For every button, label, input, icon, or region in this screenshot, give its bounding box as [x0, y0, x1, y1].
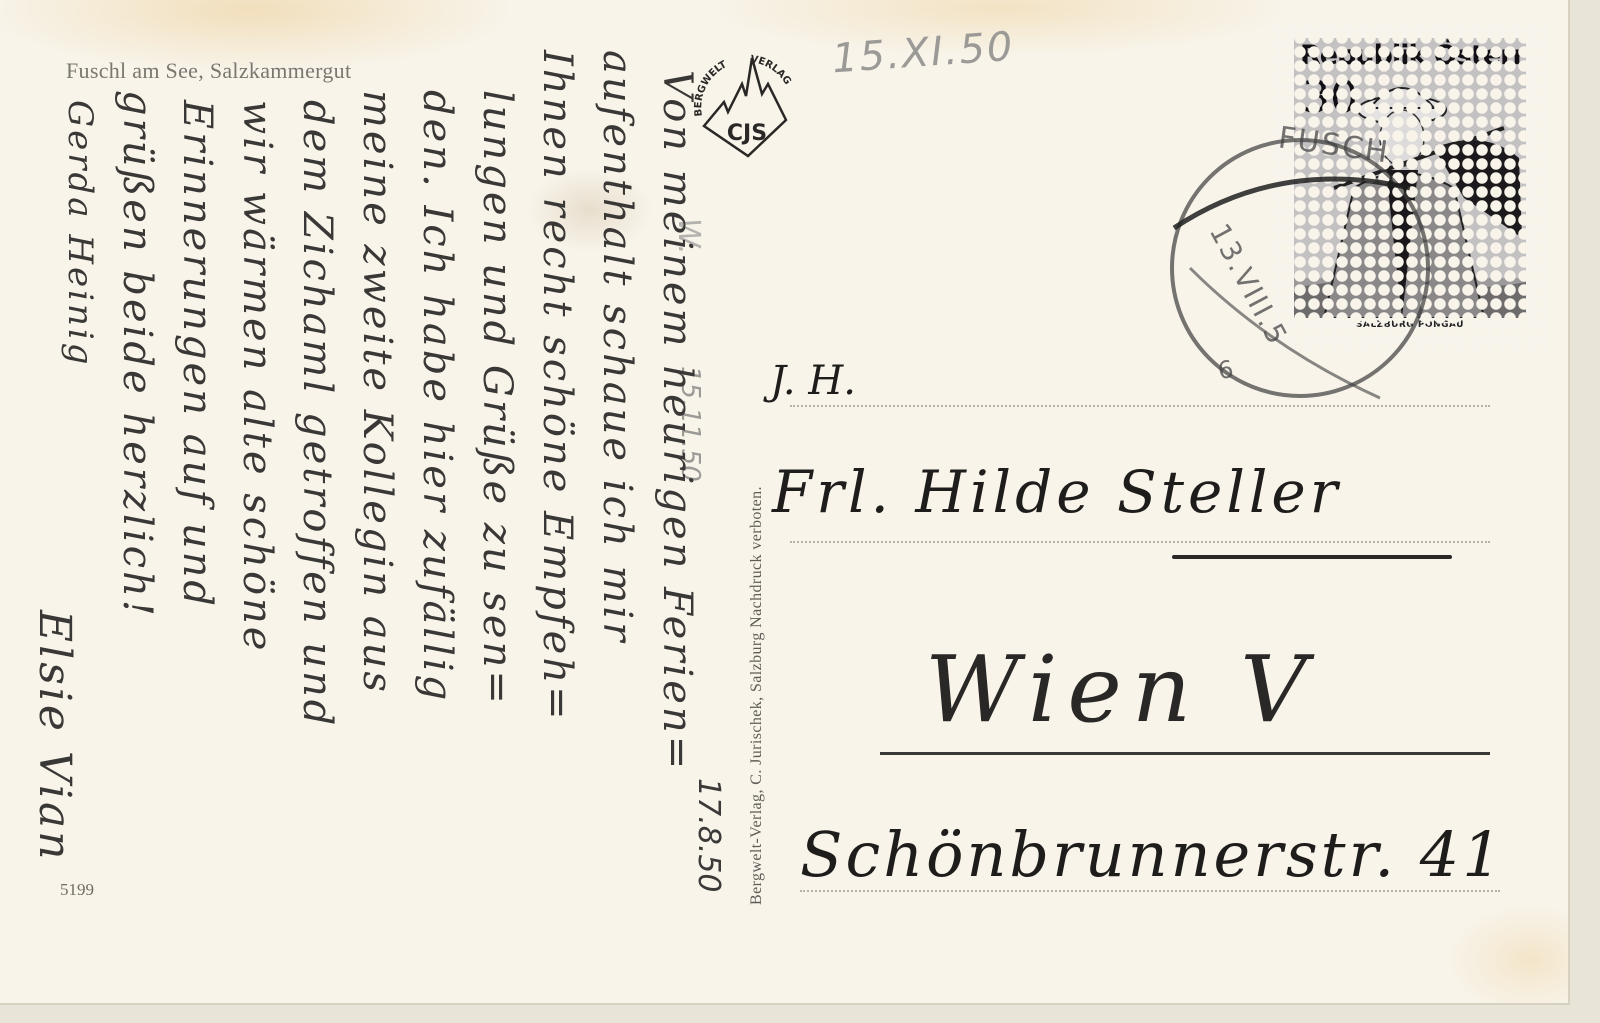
stamp-country: Republik Österreich — [1300, 40, 1526, 71]
address-street: Schönbrunnerstr. 41 — [800, 818, 1505, 891]
message-line: Gerda Heinig — [60, 100, 100, 368]
name-underline — [1172, 555, 1452, 559]
handwritten-message: Von meinem heurigen Ferien= aufenthalt s… — [0, 0, 760, 1003]
postmark-code: 6 — [1216, 355, 1236, 385]
postcard-back: Fuschl am See, Salzkammergut 5199 Bergwe… — [0, 0, 1570, 1005]
message-signature: Elsie Vian — [29, 610, 80, 863]
message-line: wir wärmen alte schöne — [234, 100, 280, 653]
message-line: Von meinem heurigen Ferien= — [654, 70, 700, 772]
pencil-date-top: 15.XI.50 — [831, 24, 1016, 83]
message-line: dem Zichaml getroffen und — [294, 100, 340, 728]
message-line: Ihnen recht schöne Empfeh= — [534, 50, 580, 723]
message-line: Erinnerungen auf und — [174, 100, 220, 609]
stamp-value: 30 — [1302, 72, 1358, 123]
message-line: grüßen beide herzlich! — [114, 90, 160, 619]
message-line: meine zweite Kollegin aus — [354, 90, 400, 695]
stamp-image: Republik Österreich 30 — [1294, 38, 1526, 318]
message-line: den. Ich habe hier zufällig — [414, 90, 460, 703]
postage-stamp: Republik Österreich 30 SALZBURG PONGAU — [1272, 24, 1546, 352]
address-recipient-name: Frl. Hilde Steller — [772, 458, 1341, 526]
message-line: aufenthalt schaue ich mir — [594, 50, 640, 644]
address-line-2 — [790, 541, 1490, 543]
address-line-1 — [790, 405, 1490, 407]
stamp-caption: SALZBURG PONGAU — [1294, 320, 1526, 330]
address-line-3 — [880, 752, 1490, 755]
address-city: Wien V — [925, 636, 1317, 743]
address-salutation: J. H. — [770, 358, 856, 404]
message-line: lungen und Grüße zu sen= — [474, 90, 520, 707]
